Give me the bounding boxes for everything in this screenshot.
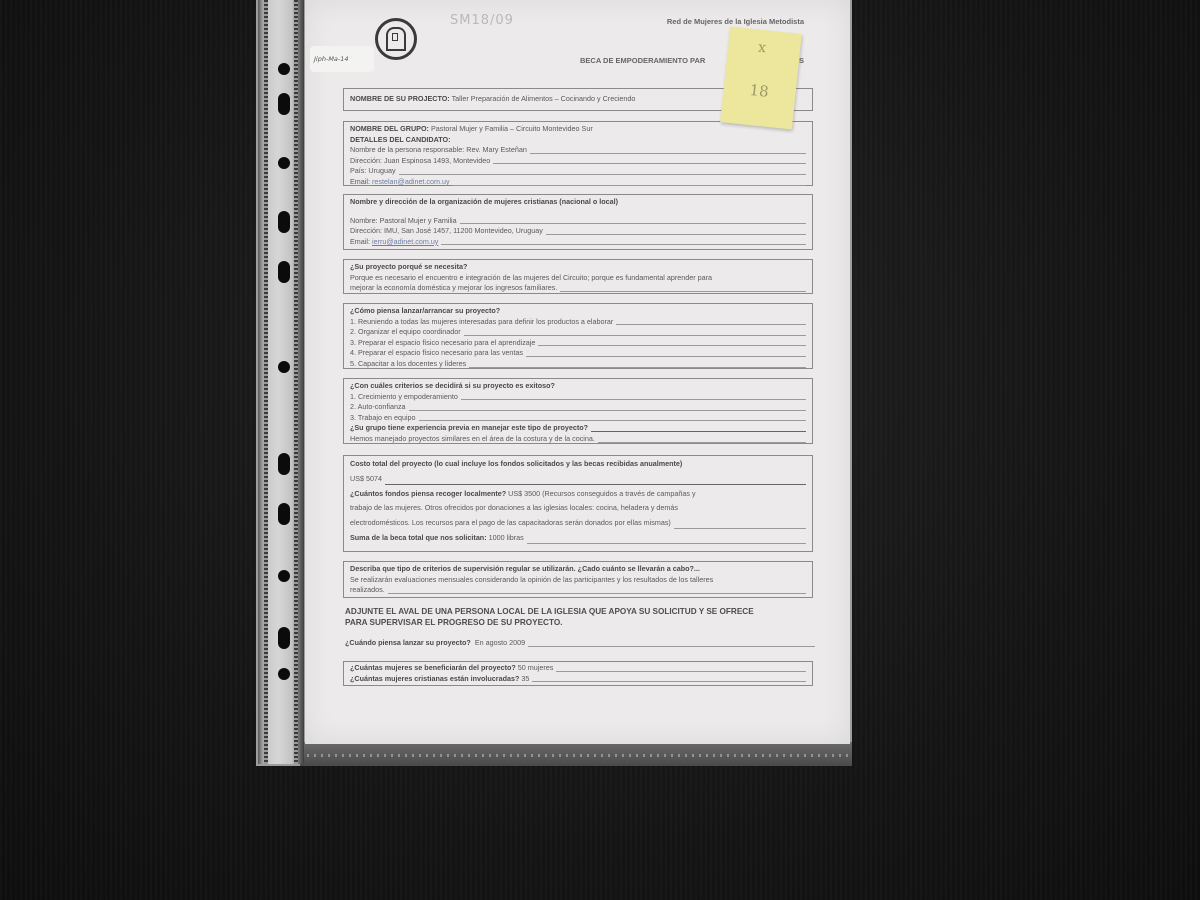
organization-email-link[interactable]: ierru@adinet.com.uy <box>372 237 438 248</box>
punch-hole <box>278 503 290 525</box>
costs-box: Costo total del proyecto (lo cual incluy… <box>343 455 813 552</box>
grant-amount-value: 1000 libras <box>489 531 524 546</box>
total-cost-question: Costo total del proyecto (lo cual incluy… <box>350 457 682 472</box>
supervision-answer: realizados. <box>350 585 385 596</box>
beneficiaries-box: ¿Cuántas mujeres se beneficiarán del pro… <box>343 661 813 686</box>
launch-step: 1. Reuniendo a todas las mujeres interes… <box>350 317 806 328</box>
punch-hole <box>278 668 290 680</box>
punch-hole <box>278 453 290 475</box>
need-answer: mejorar la economía doméstica y mejorar … <box>350 283 557 294</box>
organization-address: IMU, San José 1457, 11200 Montevideo, Ur… <box>384 226 543 237</box>
local-funds-answer: trabajo de las mujeres. Otros ofrecidos … <box>350 501 678 516</box>
handwritten-label: Jiph-Ma-14 <box>310 46 374 72</box>
launch-plan-box: ¿Cómo piensa lanzar/arrancar su proyecto… <box>343 303 813 369</box>
church-seal-icon <box>375 18 417 60</box>
candidate-heading: DETALLES DEL CANDIDATO: <box>350 135 451 146</box>
candidate-field: País: Uruguay <box>350 166 806 177</box>
endorsement-notice: ADJUNTE EL AVAL DE UNA PERSONA LOCAL DE … <box>345 606 815 628</box>
organization-name: Red de Mujeres de la Iglesia Metodista <box>667 17 804 28</box>
launch-date-question: ¿Cuándo piensa lanzar su proyecto? <box>345 638 471 649</box>
project-name-value: Taller Preparación de Alimentos – Cocina… <box>452 94 636 103</box>
organization-field: Nombre: Pastoral Mujer y Familia <box>350 216 806 227</box>
punch-hole <box>278 627 290 649</box>
launch-step: 4. Preparar el espacio físico necesario … <box>350 348 806 359</box>
success-criterion: 1. Crecimiento y empoderamiento <box>350 392 806 403</box>
group-label: NOMBRE DEL GRUPO: <box>350 124 429 135</box>
responsible-person: Rev. Mary Esteñan <box>466 145 527 156</box>
grant-amount-question: Suma de la beca total que nos solicitan: <box>350 531 487 546</box>
candidate-address: Juan Espinosa 1493, Montevideo <box>384 156 490 167</box>
organization-box: Nombre y dirección de la organización de… <box>343 194 813 250</box>
launch-date-value: En agosto 2009 <box>475 638 525 649</box>
candidate-field: Dirección: Juan Espinosa 1493, Montevide… <box>350 156 806 167</box>
reference-stamp: SM18/09 <box>450 16 514 27</box>
punch-hole <box>278 211 290 233</box>
launch-date-row: ¿Cuándo piensa lanzar su proyecto? En ag… <box>345 638 815 649</box>
supervision-box: Describa que tipo de criterios de superv… <box>343 561 813 598</box>
christian-women-value: 35 <box>521 674 529 685</box>
organization-field: Email: ierru@adinet.com.uy <box>350 237 806 248</box>
organization-name-value: Pastoral Mujer y Familia <box>380 216 457 227</box>
success-criterion: 2. Auto-confianza <box>350 402 806 413</box>
sticky-note: x 18 <box>720 26 802 129</box>
success-question: ¿Con cuáles criterios se decidirá si su … <box>350 381 555 392</box>
experience-answer: Hemos manejado proyectos similares en el… <box>350 434 595 445</box>
strip-perforation-left <box>264 0 268 764</box>
local-funds-answer: US$ 3500 (Recursos conseguidos a través … <box>508 487 695 502</box>
punch-hole <box>278 157 290 169</box>
group-value: Pastoral Mujer y Familia – Circuito Mont… <box>431 124 593 135</box>
beneficiaries-value: 50 mujeres <box>518 663 554 674</box>
experience-question: ¿Su grupo tiene experiencia previa en ma… <box>350 423 588 434</box>
candidate-field: Email: restelan@adinet.com.uy <box>350 177 806 188</box>
launch-step: 2. Organizar el equipo coordinador <box>350 327 806 338</box>
grant-title: BECA DE EMPODERAMIENTO PAR <box>580 56 705 67</box>
need-question: ¿Su proyecto porqué se necesita? <box>350 262 467 273</box>
sticky-note-mark: x <box>757 40 767 57</box>
group-box: NOMBRE DEL GRUPO: Pastoral Mujer y Famil… <box>343 121 813 186</box>
supervision-answer: Se realizarán evaluaciones mensuales con… <box>350 575 713 586</box>
success-criteria-box: ¿Con cuáles criterios se decidirá si su … <box>343 378 813 444</box>
launch-step: 3. Preparar el espacio físico necesario … <box>350 338 806 349</box>
local-funds-answer: electrodomésticos. Los recursos para el … <box>350 516 671 531</box>
sleeve-seam <box>300 754 852 757</box>
grant-title-end: S <box>799 56 804 67</box>
sleeve-bottom-edge <box>300 742 852 766</box>
total-cost-value: US$ 5074 <box>350 472 382 487</box>
candidate-email-link[interactable]: restelan@adinet.com.uy <box>372 177 450 188</box>
project-name-label: NOMBRE DE SU PROJECTO: <box>350 94 450 103</box>
beneficiaries-question: ¿Cuántas mujeres se beneficiarán del pro… <box>350 663 516 674</box>
binder-strip <box>258 0 304 764</box>
punch-hole <box>278 63 290 75</box>
launch-step: 5. Capacitar a los docentes y líderes <box>350 359 806 370</box>
punch-hole <box>278 570 290 582</box>
candidate-field: Nombre de la persona responsable: Rev. M… <box>350 145 806 156</box>
launch-plan-question: ¿Cómo piensa lanzar/arrancar su proyecto… <box>350 306 500 317</box>
candidate-country: Uruguay <box>368 166 395 177</box>
organization-field: Dirección: IMU, San José 1457, 11200 Mon… <box>350 226 806 237</box>
success-criterion: 3. Trabajo en equipo <box>350 413 806 424</box>
punch-hole <box>278 261 290 283</box>
local-funds-question: ¿Cuántos fondos piensa recoger localment… <box>350 487 506 502</box>
strip-perforation-right <box>294 0 298 764</box>
need-box: ¿Su proyecto porqué se necesita? Porque … <box>343 259 813 294</box>
organization-heading: Nombre y dirección de la organización de… <box>350 197 618 208</box>
christian-women-question: ¿Cuántas mujeres cristianas están involu… <box>350 674 519 685</box>
punch-hole <box>278 93 290 115</box>
need-answer: Porque es necesario el encuentro e integ… <box>350 273 712 284</box>
punch-hole <box>278 361 290 373</box>
sticky-note-number: 18 <box>749 81 770 101</box>
supervision-question: Describa que tipo de criterios de superv… <box>350 564 700 575</box>
